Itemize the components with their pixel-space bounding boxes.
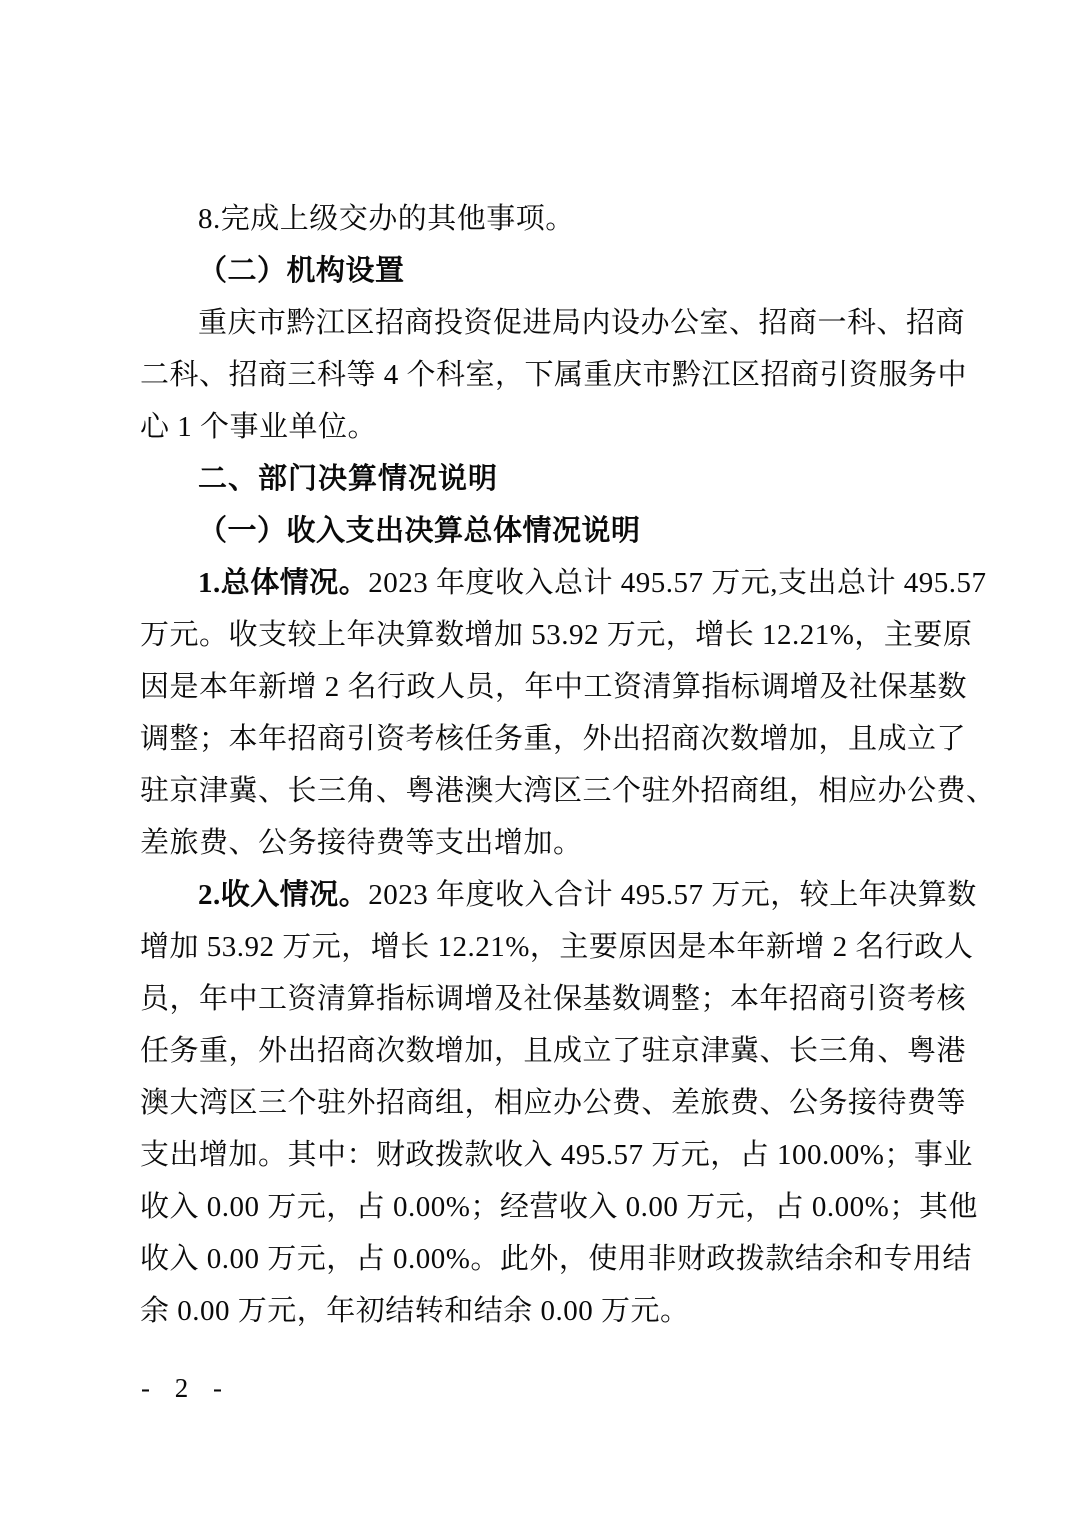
text-segment: 二、部门决算情况说明: [198, 463, 498, 495]
text-segment: 差旅费、公务接待费等支出增加。: [140, 827, 583, 859]
text-segment: 8.完成上级交办的其他事项。: [198, 203, 575, 235]
text-segment: 任务重，外出招商次数增加，且成立了驻京津冀、长三角、粤港: [140, 1035, 966, 1067]
text-line: 2.收入情况。2023 年度收入合计 495.57 万元，较上年决算数: [140, 869, 940, 921]
text-segment: 因是本年新增 2 名行政人员，年中工资清算指标调增及社保基数: [140, 671, 967, 703]
text-segment: 心 1 个事业单位。: [140, 411, 377, 443]
text-segment: 澳大湾区三个驻外招商组，相应办公费、差旅费、公务接待费等: [140, 1087, 966, 1119]
text-segment: 万元。收支较上年决算数增加 53.92 万元，增长 12.21%，主要原: [140, 619, 972, 651]
text-line: 调整；本年招商引资考核任务重，外出招商次数增加，且成立了: [140, 713, 940, 765]
text-line: 重庆市黔江区招商投资促进局内设办公室、招商一科、招商: [140, 297, 940, 349]
text-line: 因是本年新增 2 名行政人员，年中工资清算指标调增及社保基数: [140, 661, 940, 713]
text-line: 支出增加。其中：财政拨款收入 495.57 万元，占 100.00%；事业: [140, 1129, 940, 1181]
text-line: 1.总体情况。2023 年度收入总计 495.57 万元,支出总计 495.57: [140, 557, 940, 609]
text-segment: （一）收入支出决算总体情况说明: [198, 515, 641, 547]
text-line: 增加 53.92 万元，增长 12.21%，主要原因是本年新增 2 名行政人: [140, 921, 940, 973]
text-line: 二科、招商三科等 4 个科室，下属重庆市黔江区招商引资服务中: [140, 349, 940, 401]
text-segment: 2023 年度收入合计 495.57 万元，较上年决算数: [368, 879, 977, 911]
text-line: 二、部门决算情况说明: [140, 453, 940, 505]
text-line: 澳大湾区三个驻外招商组，相应办公费、差旅费、公务接待费等: [140, 1077, 940, 1129]
text-line: 员，年中工资清算指标调增及社保基数调整；本年招商引资考核: [140, 973, 940, 1025]
document-body: 8.完成上级交办的其他事项。（二）机构设置重庆市黔江区招商投资促进局内设办公室、…: [140, 193, 940, 1337]
text-line: 收入 0.00 万元，占 0.00%；经营收入 0.00 万元，占 0.00%；…: [140, 1181, 940, 1233]
page-number: - 2 -: [141, 1362, 231, 1414]
document-page: 8.完成上级交办的其他事项。（二）机构设置重庆市黔江区招商投资促进局内设办公室、…: [0, 0, 1074, 1520]
text-segment: 增加 53.92 万元，增长 12.21%，主要原因是本年新增 2 名行政人: [140, 931, 973, 963]
text-line: （二）机构设置: [140, 245, 940, 297]
text-segment: 员，年中工资清算指标调增及社保基数调整；本年招商引资考核: [140, 983, 966, 1015]
text-line: 驻京津冀、长三角、粤港澳大湾区三个驻外招商组，相应办公费、: [140, 765, 940, 817]
text-segment: 调整；本年招商引资考核任务重，外出招商次数增加，且成立了: [140, 723, 966, 755]
text-line: 差旅费、公务接待费等支出增加。: [140, 817, 940, 869]
text-segment: 2023 年度收入总计 495.57 万元,支出总计 495.57: [368, 567, 986, 599]
text-line: 任务重，外出招商次数增加，且成立了驻京津冀、长三角、粤港: [140, 1025, 940, 1077]
text-segment: 支出增加。其中：财政拨款收入 495.57 万元，占 100.00%；事业: [140, 1139, 973, 1171]
text-segment: 收入 0.00 万元，占 0.00%。此外，使用非财政拨款结余和专用结: [140, 1243, 972, 1275]
text-segment: 2.收入情况。: [198, 879, 368, 911]
text-segment: 1.总体情况。: [198, 567, 368, 599]
text-segment: 驻京津冀、长三角、粤港澳大湾区三个驻外招商组，相应办公费、: [140, 775, 996, 807]
text-line: 万元。收支较上年决算数增加 53.92 万元，增长 12.21%，主要原: [140, 609, 940, 661]
text-line: 8.完成上级交办的其他事项。: [140, 193, 940, 245]
text-line: 收入 0.00 万元，占 0.00%。此外，使用非财政拨款结余和专用结: [140, 1233, 940, 1285]
text-segment: 收入 0.00 万元，占 0.00%；经营收入 0.00 万元，占 0.00%；…: [140, 1191, 978, 1223]
text-segment: 重庆市黔江区招商投资促进局内设办公室、招商一科、招商: [198, 307, 965, 339]
text-segment: 二科、招商三科等 4 个科室，下属重庆市黔江区招商引资服务中: [140, 359, 967, 391]
text-segment: （二）机构设置: [198, 255, 405, 287]
text-segment: 余 0.00 万元，年初结转和结余 0.00 万元。: [140, 1295, 690, 1327]
text-line: 心 1 个事业单位。: [140, 401, 940, 453]
text-line: （一）收入支出决算总体情况说明: [140, 505, 940, 557]
text-line: 余 0.00 万元，年初结转和结余 0.00 万元。: [140, 1285, 940, 1337]
